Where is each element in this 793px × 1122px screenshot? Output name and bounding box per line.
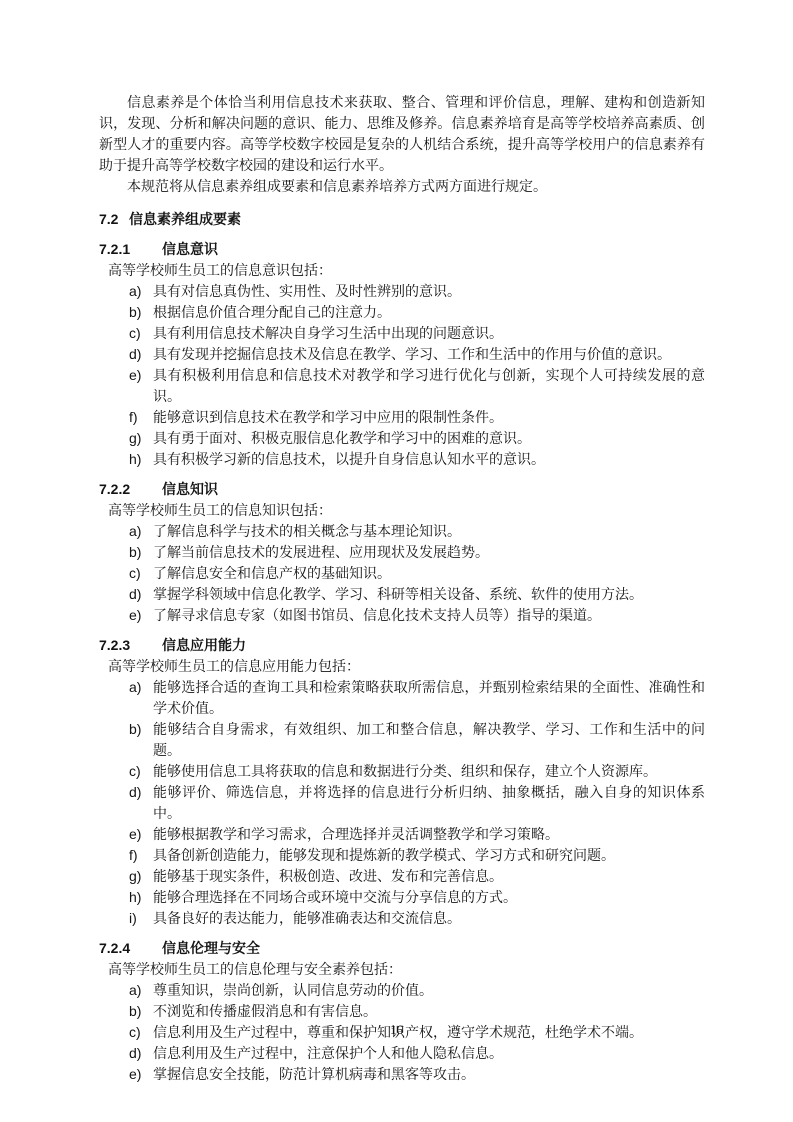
list-item: f)能够意识到信息技术在教学和学习中应用的限制性条件。 — [99, 407, 705, 428]
item-text: 具有利用信息技术解决自身学习生活中出现的问题意识。 — [153, 325, 503, 341]
item-text: 具有积极利用信息和信息技术对教学和学习进行优化与创新，实现个人可持续发展的意识。 — [153, 367, 705, 404]
page-number: 16 — [0, 1022, 793, 1038]
item-text: 具备良好的表达能力，能够准确表达和交流信息。 — [153, 910, 461, 926]
item-label: b) — [129, 302, 141, 323]
item-text: 能够根据教学和学习需求，合理选择并灵活调整教学和学习策略。 — [153, 826, 559, 842]
item-list: a)能够选择合适的查询工具和检索策略获取所需信息，并甄别检索结果的全面性、准确性… — [99, 677, 705, 929]
item-label: d) — [129, 1043, 141, 1064]
item-text: 掌握信息安全技能，防范计算机病毒和黑客等攻击。 — [153, 1066, 475, 1082]
list-item: g)能够基于现实条件，积极创造、改进、发布和完善信息。 — [99, 866, 705, 887]
item-label: g) — [129, 866, 141, 887]
list-item: c)能够使用信息工具将获取的信息和数据进行分类、组织和保存，建立个人资源库。 — [99, 761, 705, 782]
item-label: g) — [129, 428, 141, 449]
item-label: b) — [129, 719, 141, 740]
intro-paragraph-2: 本规范将从信息素养组成要素和信息素养培养方式两方面进行规定。 — [99, 176, 705, 197]
item-text: 能够基于现实条件，积极创造、改进、发布和完善信息。 — [153, 868, 503, 884]
item-text: 不浏览和传播虚假消息和有害信息。 — [153, 1003, 377, 1019]
list-item: h)具有积极学习新的信息技术，以提升自身信息认知水平的意识。 — [99, 449, 705, 470]
item-text: 能够合理选择在不同场合或环境中交流与分享信息的方式。 — [153, 889, 517, 905]
list-item: e)能够根据教学和学习需求，合理选择并灵活调整教学和学习策略。 — [99, 824, 705, 845]
list-item: a)具有对信息真伪性、实用性、及时性辨别的意识。 — [99, 281, 705, 302]
list-item: b)根据信息价值合理分配自己的注意力。 — [99, 302, 705, 323]
item-text: 具备创新创造能力，能够发现和提炼新的教学模式、学习方式和研究问题。 — [153, 847, 615, 863]
item-label: d) — [129, 344, 141, 365]
item-text: 具有对信息真伪性、实用性、及时性辨别的意识。 — [153, 283, 461, 299]
subsection-number: 7.2.3 — [99, 635, 162, 656]
item-label: a) — [129, 281, 141, 302]
item-label: c) — [129, 761, 141, 782]
subsection-lead: 高等学校师生员工的信息意识包括： — [99, 260, 705, 281]
subsection-heading: 7.2.4信息伦理与安全 — [99, 938, 705, 959]
list-item: b)了解当前信息技术的发展进程、应用现状及发展趋势。 — [99, 542, 705, 563]
subsection-7-2-2: 7.2.2信息知识 高等学校师生员工的信息知识包括： a)了解信息科学与技术的相… — [99, 479, 705, 626]
list-item: e)具有积极利用信息和信息技术对教学和学习进行优化与创新，实现个人可持续发展的意… — [99, 365, 705, 407]
item-label: i) — [129, 908, 137, 929]
subsection-title: 信息应用能力 — [162, 637, 246, 653]
item-label: e) — [129, 824, 141, 845]
list-item: e)了解寻求信息专家（如图书馆员、信息化技术支持人员等）指导的渠道。 — [99, 605, 705, 626]
subsection-7-2-4: 7.2.4信息伦理与安全 高等学校师生员工的信息伦理与安全素养包括： a)尊重知… — [99, 938, 705, 1085]
item-label: a) — [129, 677, 141, 698]
item-text: 根据信息价值合理分配自己的注意力。 — [153, 304, 391, 320]
item-text: 具有勇于面对、积极克服信息化教学和学习中的困难的意识。 — [153, 430, 531, 446]
subsection-title: 信息伦理与安全 — [162, 940, 260, 956]
subsection-title: 信息知识 — [162, 481, 218, 497]
subsection-heading: 7.2.1信息意识 — [99, 239, 705, 260]
item-text: 信息利用及生产过程中，注意保护个人和他人隐私信息。 — [153, 1045, 503, 1061]
subsection-number: 7.2.1 — [99, 239, 162, 260]
item-label: d) — [129, 782, 141, 803]
section-number: 7.2 — [99, 209, 129, 230]
item-text: 了解寻求信息专家（如图书馆员、信息化技术支持人员等）指导的渠道。 — [153, 607, 601, 623]
list-item: d)具有发现并挖掘信息技术及信息在教学、学习、工作和生活中的作用与价值的意识。 — [99, 344, 705, 365]
subsection-7-2-1: 7.2.1信息意识 高等学校师生员工的信息意识包括： a)具有对信息真伪性、实用… — [99, 239, 705, 470]
list-item: i)具备良好的表达能力，能够准确表达和交流信息。 — [99, 908, 705, 929]
subsection-lead: 高等学校师生员工的信息应用能力包括： — [99, 656, 705, 677]
item-label: c) — [129, 323, 141, 344]
subsection-heading: 7.2.3信息应用能力 — [99, 635, 705, 656]
item-label: b) — [129, 542, 141, 563]
item-label: f) — [129, 845, 138, 866]
list-item: d)信息利用及生产过程中，注意保护个人和他人隐私信息。 — [99, 1043, 705, 1064]
item-list: a)具有对信息真伪性、实用性、及时性辨别的意识。 b)根据信息价值合理分配自己的… — [99, 281, 705, 470]
item-text: 具有积极学习新的信息技术，以提升自身信息认知水平的意识。 — [153, 451, 545, 467]
section-heading-7-2: 7.2信息素养组成要素 — [99, 209, 705, 230]
subsection-heading: 7.2.2信息知识 — [99, 479, 705, 500]
list-item: h)能够合理选择在不同场合或环境中交流与分享信息的方式。 — [99, 887, 705, 908]
item-text: 具有发现并挖掘信息技术及信息在教学、学习、工作和生活中的作用与价值的意识。 — [153, 346, 671, 362]
item-text: 能够使用信息工具将获取的信息和数据进行分类、组织和保存，建立个人资源库。 — [153, 763, 657, 779]
item-text: 掌握学科领域中信息化教学、学习、科研等相关设备、系统、软件的使用方法。 — [153, 586, 643, 602]
item-label: a) — [129, 980, 141, 1001]
section-title: 信息素养组成要素 — [129, 211, 241, 227]
list-item: a)尊重知识，崇尚创新，认同信息劳动的价值。 — [99, 980, 705, 1001]
item-label: f) — [129, 407, 138, 428]
item-text: 能够评价、筛选信息，并将选择的信息进行分析归纳、抽象概括，融入自身的知识体系中。 — [153, 784, 705, 821]
list-item: c)了解信息安全和信息产权的基础知识。 — [99, 563, 705, 584]
document-page: 信息素养是个体恰当利用信息技术来获取、整合、管理和评价信息，理解、建构和创造新知… — [0, 0, 793, 1122]
list-item: b)不浏览和传播虚假消息和有害信息。 — [99, 1001, 705, 1022]
subsection-7-2-3: 7.2.3信息应用能力 高等学校师生员工的信息应用能力包括： a)能够选择合适的… — [99, 635, 705, 929]
list-item: f)具备创新创造能力，能够发现和提炼新的教学模式、学习方式和研究问题。 — [99, 845, 705, 866]
subsection-lead: 高等学校师生员工的信息知识包括： — [99, 500, 705, 521]
item-label: e) — [129, 1064, 141, 1085]
item-label: c) — [129, 563, 141, 584]
item-list: a)了解信息科学与技术的相关概念与基本理论知识。 b)了解当前信息技术的发展进程… — [99, 521, 705, 626]
subsection-title: 信息意识 — [162, 241, 218, 257]
intro-paragraph-1: 信息素养是个体恰当利用信息技术来获取、整合、管理和评价信息，理解、建构和创造新知… — [99, 92, 705, 176]
list-item: g)具有勇于面对、积极克服信息化教学和学习中的困难的意识。 — [99, 428, 705, 449]
document-body: 信息素养是个体恰当利用信息技术来获取、整合、管理和评价信息，理解、建构和创造新知… — [99, 92, 705, 1085]
list-item: a)了解信息科学与技术的相关概念与基本理论知识。 — [99, 521, 705, 542]
item-label: h) — [129, 449, 141, 470]
item-text: 尊重知识，崇尚创新，认同信息劳动的价值。 — [153, 982, 433, 998]
item-label: h) — [129, 887, 141, 908]
item-text: 了解信息安全和信息产权的基础知识。 — [153, 565, 391, 581]
list-item: b)能够结合自身需求，有效组织、加工和整合信息，解决教学、学习、工作和生活中的问… — [99, 719, 705, 761]
list-item: a)能够选择合适的查询工具和检索策略获取所需信息，并甄别检索结果的全面性、准确性… — [99, 677, 705, 719]
item-text: 了解信息科学与技术的相关概念与基本理论知识。 — [153, 523, 461, 539]
item-label: e) — [129, 365, 141, 386]
item-label: b) — [129, 1001, 141, 1022]
item-text: 能够选择合适的查询工具和检索策略获取所需信息，并甄别检索结果的全面性、准确性和学… — [153, 679, 705, 716]
list-item: c)具有利用信息技术解决自身学习生活中出现的问题意识。 — [99, 323, 705, 344]
item-label: a) — [129, 521, 141, 542]
item-text: 能够意识到信息技术在教学和学习中应用的限制性条件。 — [153, 409, 503, 425]
item-label: d) — [129, 584, 141, 605]
list-item: d)能够评价、筛选信息，并将选择的信息进行分析归纳、抽象概括，融入自身的知识体系… — [99, 782, 705, 824]
list-item: e)掌握信息安全技能，防范计算机病毒和黑客等攻击。 — [99, 1064, 705, 1085]
list-item: d)掌握学科领域中信息化教学、学习、科研等相关设备、系统、软件的使用方法。 — [99, 584, 705, 605]
item-text: 了解当前信息技术的发展进程、应用现状及发展趋势。 — [153, 544, 489, 560]
subsection-number: 7.2.4 — [99, 938, 162, 959]
subsection-lead: 高等学校师生员工的信息伦理与安全素养包括： — [99, 959, 705, 980]
item-label: e) — [129, 605, 141, 626]
item-text: 能够结合自身需求，有效组织、加工和整合信息，解决教学、学习、工作和生活中的问题。 — [153, 721, 705, 758]
subsection-number: 7.2.2 — [99, 479, 162, 500]
